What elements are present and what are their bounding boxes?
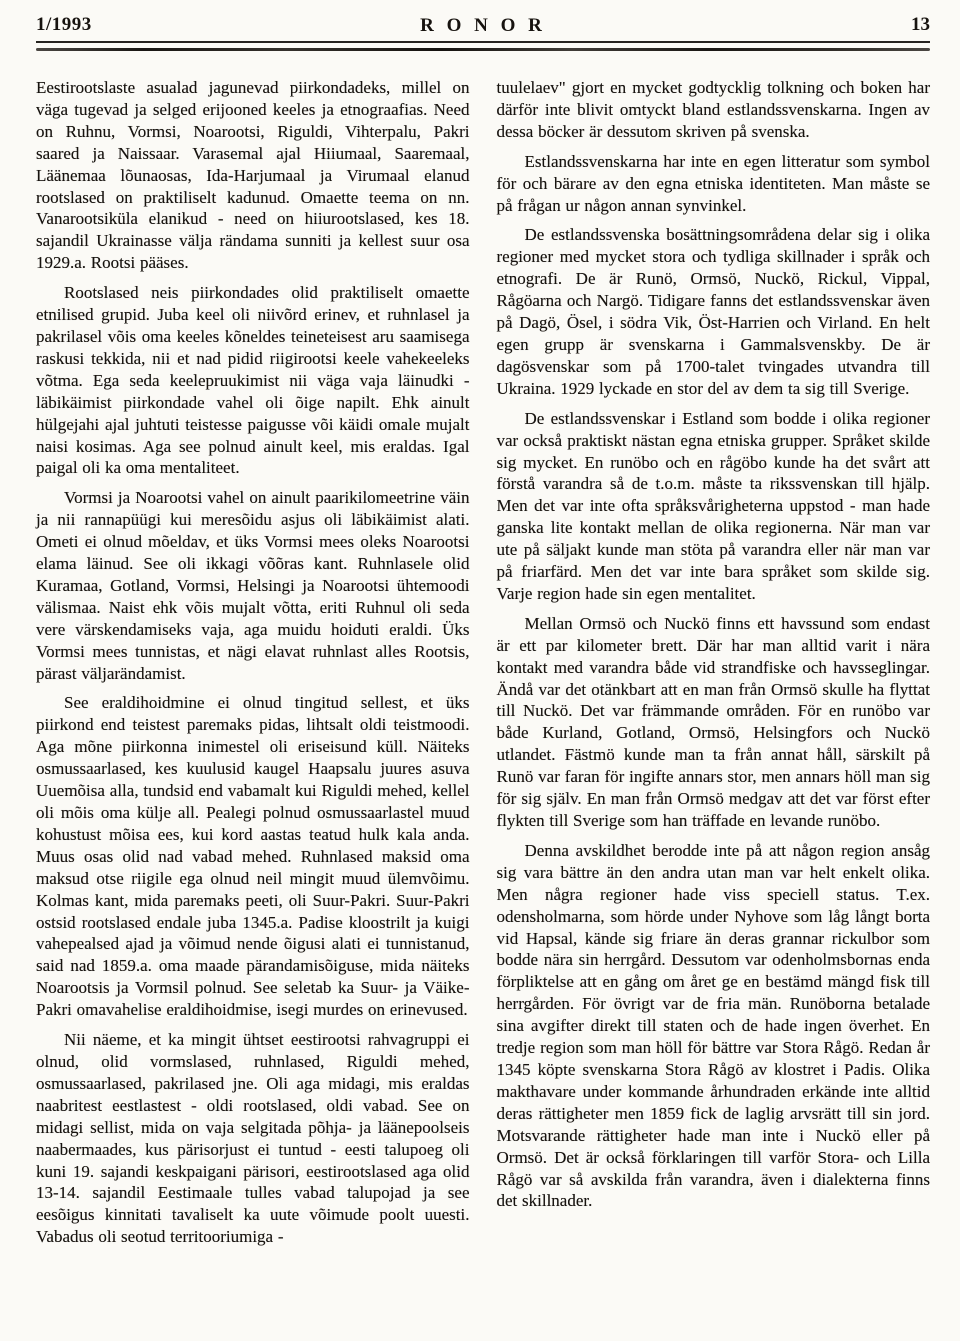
paragraph-right-2: Estlandssvenskarna har inte en egen litt… [497, 151, 931, 217]
paragraph-right-3: De estlandssvenska bosättningsområdena d… [497, 224, 931, 399]
header-rule-thin [36, 41, 930, 43]
paragraph-right-5: Mellan Ormsö och Nuckö finns ett havssun… [497, 613, 931, 832]
left-column: Eestirootslaste asualad jagunevad piirko… [36, 77, 470, 1248]
page-header: 1/1993 R O N O R 13 [36, 12, 930, 40]
right-column: tuulelaev" gjort en mycket godtycklig to… [497, 77, 931, 1248]
header-rule-thick [36, 48, 930, 51]
issue-number: 1/1993 [36, 14, 92, 36]
two-column-body: Eestirootslaste asualad jagunevad piirko… [36, 77, 930, 1248]
journal-page: 1/1993 R O N O R 13 Eestirootslaste asua… [0, 0, 960, 1341]
paragraph-left-4: See eraldihoidmine ei olnud tingitud sel… [36, 692, 470, 1021]
paragraph-left-1: Eestirootslaste asualad jagunevad piirko… [36, 77, 470, 274]
paragraph-right-1: tuulelaev" gjort en mycket godtycklig to… [497, 77, 931, 143]
paragraph-left-3: Vormsi ja Noarootsi vahel on ainult paar… [36, 487, 470, 684]
paragraph-right-6: Denna avskildhet berodde inte på att någ… [497, 840, 931, 1212]
paragraph-left-2: Rootslased neis piirkondades olid prakti… [36, 282, 470, 479]
journal-title: R O N O R [420, 15, 546, 37]
page-number: 13 [911, 14, 930, 36]
paragraph-right-4: De estlandssvenskar i Estland som bodde … [497, 408, 931, 605]
paragraph-left-5: Nii näeme, et ka mingit ühtset eestiroot… [36, 1029, 470, 1248]
